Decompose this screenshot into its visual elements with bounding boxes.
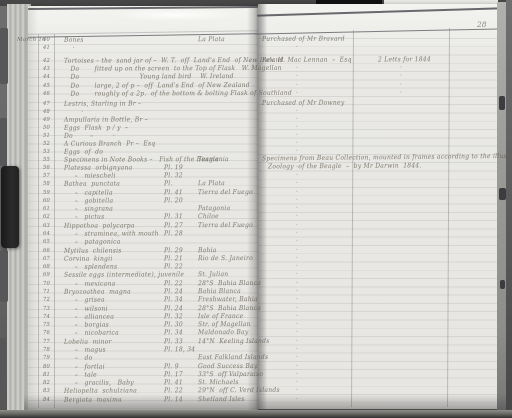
cell-plate: Pl. 24 <box>164 305 183 312</box>
cell-locality: La Plata <box>198 180 225 187</box>
cell-locality: Maldonado Bay <box>198 329 249 336</box>
cell-no: 65 <box>43 239 50 246</box>
cell-no: 78 <box>43 347 50 354</box>
cell-plate: Pl. 9 <box>164 363 179 370</box>
cell-name: Bathea punctata <box>64 181 120 188</box>
cell-name: Specimens in Note Books – Fish of the Be… <box>64 156 219 164</box>
cell-no: 53 <box>43 149 50 156</box>
cell-plate: Pl. 28 <box>164 230 183 237</box>
cell-no: 41 <box>43 45 50 52</box>
cell-no: 67 <box>43 256 50 263</box>
cell-ditto-donor: · <box>296 387 298 394</box>
cell-plate: Pl. 29 <box>164 247 183 254</box>
cell-locality: 29°N off C. Verd Islands <box>198 387 280 394</box>
cell-no: 43 <box>43 66 50 73</box>
cell-donor: Rev. H. Mac Lennan – Esq <box>262 57 352 64</box>
cell-name: – grisea <box>64 297 105 304</box>
cell-no: 73 <box>43 305 50 312</box>
cell-date: March 16 <box>17 37 46 44</box>
cell-locality: Good Success Bay <box>198 362 257 369</box>
cell-ditto-donor: · <box>296 124 298 131</box>
cell-ditto-donor: · <box>296 230 298 237</box>
cell-name: – tale <box>64 371 97 378</box>
cell-no: 79 <box>43 355 50 362</box>
cell-plate: Pl. 27 <box>164 222 183 229</box>
cell-name: Lobelia minor <box>64 338 112 345</box>
cell-name: – miescheli <box>64 173 116 180</box>
cell-no: 82 <box>43 380 50 387</box>
cell-no: 66 <box>43 247 50 254</box>
cell-name: – pictus <box>64 214 105 221</box>
cell-no: 70 <box>43 281 50 288</box>
cell-name: Lestris, Starling in Br – <box>64 101 141 108</box>
cell-plate: Pl. 41 <box>164 189 183 196</box>
cell-name: A Curious Branch Pr – Esq <box>64 141 155 148</box>
cell-ditto-donor: · <box>296 255 298 262</box>
cell-name: · <box>64 45 75 52</box>
cell-no: 59 <box>43 190 50 197</box>
cell-name: – wilsoni <box>64 305 108 312</box>
cell-ditto-donor: · <box>296 395 298 402</box>
ledger-row: 46 Do roughly of a 2p. of the bottom & b… <box>0 89 512 99</box>
cell-name: – magus <box>64 347 106 354</box>
cell-ditto-donor: · <box>296 197 298 204</box>
cell-locality: La Plata <box>198 36 225 43</box>
cell-plate: Pl. 32 <box>164 172 183 179</box>
cell-ditto-donor: · <box>296 213 298 220</box>
cell-no: 46 <box>43 91 50 98</box>
cell-name: – splendens <box>64 264 117 271</box>
cell-ditto-donor: · <box>296 362 298 369</box>
cell-no: 80 <box>43 363 50 370</box>
cell-plate: Pl. 14 <box>164 396 183 403</box>
cell-name: – do <box>64 355 92 362</box>
cell-name: Tortoises – the sand jar of – W. T. off … <box>64 57 284 65</box>
cell-ditto-donor: · <box>296 346 298 353</box>
ledger-row: 84Bergiota maximaPl. 14Shetland Isles· <box>0 394 512 404</box>
cell-plate: Pl. <box>164 181 173 188</box>
cell-no: 72 <box>43 297 50 304</box>
cell-name: Bones <box>64 37 84 44</box>
cell-donor: Purchased of Mr Downey <box>262 100 345 107</box>
cell-name: Do roughly of a 2p. of the bottom & bolt… <box>64 90 292 98</box>
cell-ditto-donor: · <box>296 288 298 295</box>
cell-ditto-donor: · <box>296 321 298 328</box>
cell-plate: Pl. 20 <box>164 197 183 204</box>
cell-plate: Pl. 22 <box>164 263 183 270</box>
cell-ditto-donor: · <box>296 73 298 80</box>
cell-ditto-donor: · <box>296 337 298 344</box>
cell-no: 44 <box>43 74 50 81</box>
cell-no: 63 <box>43 223 50 230</box>
cell-no: 57 <box>43 173 50 180</box>
cell-name: Eggs Flask p / y – <box>64 125 128 132</box>
cell-name: Mytilus chilensis <box>64 247 122 254</box>
cell-name: – fortlai <box>64 363 105 370</box>
cell-locality: Isle of France <box>198 313 243 320</box>
cell-no: 50 <box>43 125 50 132</box>
cell-plate: Pl. 22 <box>164 280 183 287</box>
cell-name: Hippothoa polycarpa <box>64 222 135 229</box>
cell-donor: Purchased of Mr Bravard <box>262 36 345 43</box>
cell-ditto-donor: · <box>296 148 298 155</box>
cell-locality: Patagonia <box>198 205 230 212</box>
cell-name: – gobitella <box>64 198 113 205</box>
cell-locality: Bahia <box>198 247 217 254</box>
cell-right-date: 2 Letts for 1844 <box>378 56 431 63</box>
cell-locality: Freshwater, Bahia <box>198 296 258 303</box>
cell-name: Corvina kingii <box>64 255 113 262</box>
cell-no: 74 <box>43 314 50 321</box>
cell-no: 42 <box>43 58 50 65</box>
cell-ditto-donor: · <box>296 180 298 187</box>
cell-ditto-date: · <box>400 81 402 88</box>
cell-no: 45 <box>43 82 50 89</box>
cell-no: 62 <box>43 214 50 221</box>
cell-ditto-donor: · <box>296 172 298 179</box>
cell-name: – gracilis, Baby <box>64 380 134 387</box>
cell-name: – straminea, with mouth <box>64 230 159 237</box>
cell-name: Do Young land bird W. Ireland <box>64 73 234 81</box>
cell-locality: 28°S Bahia Blanca <box>198 280 261 287</box>
cell-ditto-donor: · <box>296 140 298 147</box>
cell-name: Do – · <box>64 133 115 140</box>
cell-no: 40 <box>43 37 50 44</box>
cell-locality: Tasmania <box>198 156 229 163</box>
cell-plate: Pl. 34 <box>164 330 183 337</box>
cell-plate: Pl. 18, 34 <box>164 346 195 353</box>
cell-ditto-donor: · <box>296 313 298 320</box>
cell-name: · <box>64 109 83 116</box>
cell-ditto-donor: · <box>296 65 298 72</box>
cell-no: 55 <box>43 156 50 163</box>
cell-no: 77 <box>43 339 50 346</box>
cell-ditto-donor: · <box>296 354 298 361</box>
cell-locality: 28°S Bahia Blanca <box>198 305 261 312</box>
cell-plate: Pl. 33 <box>164 338 183 345</box>
cell-plate: Pl. 41 <box>164 379 183 386</box>
cell-name: Ampullaria in Bottle, Br – <box>64 117 148 124</box>
cell-no: 51 <box>43 133 50 140</box>
cell-no: 48 <box>43 109 50 116</box>
cell-ditto-donor: · <box>296 238 298 245</box>
cell-no: 58 <box>43 181 50 188</box>
cell-name: – alliancea <box>64 313 114 320</box>
cell-locality: Rio de S. Janeiro <box>198 255 253 262</box>
cell-no: 60 <box>43 198 50 205</box>
cell-no: 68 <box>43 264 50 271</box>
cell-ditto-donor: · <box>296 246 298 253</box>
cell-locality: East Falkland Islands <box>198 354 268 361</box>
cell-no: 76 <box>43 330 50 337</box>
cell-ditto-date: · <box>400 65 402 72</box>
cell-locality: Str. of Magellan <box>198 321 251 328</box>
cell-no: 83 <box>43 388 50 395</box>
cell-plate: Pl. 22 <box>164 388 183 395</box>
cell-no: 61 <box>43 206 50 213</box>
cell-locality: Tierra del Fuego <box>198 189 253 196</box>
cell-locality: St. Michaels <box>198 379 239 386</box>
scanned-ledger-spread: 28 Specimens from Beau Collection, mount… <box>0 0 512 418</box>
cell-ditto-donor: · <box>296 81 298 88</box>
cell-name: Bergiota maxima <box>64 396 122 403</box>
cell-no: 84 <box>43 397 50 404</box>
cell-ditto-donor: · <box>296 371 298 378</box>
cell-ditto-donor: · <box>296 132 298 139</box>
cell-name: Bryozoathea magna <box>64 289 131 296</box>
cell-ditto-donor: · <box>296 164 298 171</box>
cell-name: Do fitted up on the screen to the Top of… <box>64 65 282 73</box>
cell-name: – mexicana <box>64 280 115 287</box>
cell-ditto-date: · <box>400 89 402 96</box>
cell-name: Sessile eggs (intermediate), juvenile <box>64 272 184 280</box>
cell-ditto-donor: · <box>296 280 298 287</box>
cell-no: 71 <box>43 289 50 296</box>
cell-ditto-donor: · <box>296 329 298 336</box>
ledger-rows: March 1640BonesLa PlataPurchased of Mr B… <box>0 0 512 418</box>
cell-no: 64 <box>43 231 50 238</box>
cell-plate: Pl. 24 <box>164 288 183 295</box>
cell-locality: 33°S off Valparaiso <box>198 371 263 378</box>
cell-ditto-donor: · <box>296 90 298 97</box>
ledger-row: 41 ·· <box>0 43 512 53</box>
cell-name: – patagonica <box>64 239 121 246</box>
cell-plate: Pl. 31 <box>164 214 183 221</box>
cell-name: – singrana <box>64 206 113 213</box>
cell-locality: Bahia Blanca <box>198 288 241 295</box>
cell-no: 69 <box>43 272 50 279</box>
cell-no: 52 <box>43 141 50 148</box>
cell-plate: Pl. 19 <box>164 164 183 171</box>
cell-no: 49 <box>43 117 50 124</box>
cell-no: 56 <box>43 165 50 172</box>
cell-name: Eggs of do <box>64 149 103 156</box>
cell-locality: St. Julian <box>198 272 228 279</box>
cell-name: – borgias <box>64 322 109 329</box>
cell-ditto-donor: · <box>296 108 298 115</box>
cell-name: Platessa orbignyana <box>64 164 132 171</box>
cell-ditto-donor: · <box>296 222 298 229</box>
cell-ditto-donor: · <box>296 379 298 386</box>
cell-locality: Shetland Isles <box>198 396 245 403</box>
cell-ditto-date: · <box>400 73 402 80</box>
cell-plate: Pl. 32 <box>164 313 183 320</box>
cell-locality: Tierra del Fuego <box>198 222 253 229</box>
cell-plate: Pl. 21 <box>164 255 183 262</box>
cell-ditto-donor: · <box>296 205 298 212</box>
cell-ditto-donor: · <box>296 188 298 195</box>
cell-ditto-donor: · <box>296 116 298 123</box>
cell-name: – capitella <box>64 189 113 196</box>
cell-name: Heliopelta schulziana <box>64 388 137 395</box>
cell-ditto-donor: · <box>296 263 298 270</box>
cell-locality: 14°N Keeling Islands <box>198 338 270 345</box>
cell-no: 75 <box>43 322 50 329</box>
cell-plate: Pl. 34 <box>164 297 183 304</box>
cell-name: – nicobarica <box>64 330 119 337</box>
cell-name: Do large, 2 of p – off Land's End of New… <box>64 82 250 90</box>
cell-no: 47 <box>43 101 50 108</box>
cell-ditto-donor: · <box>296 271 298 278</box>
cell-ditto-donor: · <box>296 296 298 303</box>
cell-plate: Pl. 30 <box>164 321 183 328</box>
cell-plate: Pl. 17 <box>164 371 183 378</box>
cell-no: 81 <box>43 372 50 379</box>
cell-ditto-donor: · <box>296 44 298 51</box>
cell-locality: Chiloe <box>198 214 219 221</box>
cell-ditto-donor: · <box>296 304 298 311</box>
